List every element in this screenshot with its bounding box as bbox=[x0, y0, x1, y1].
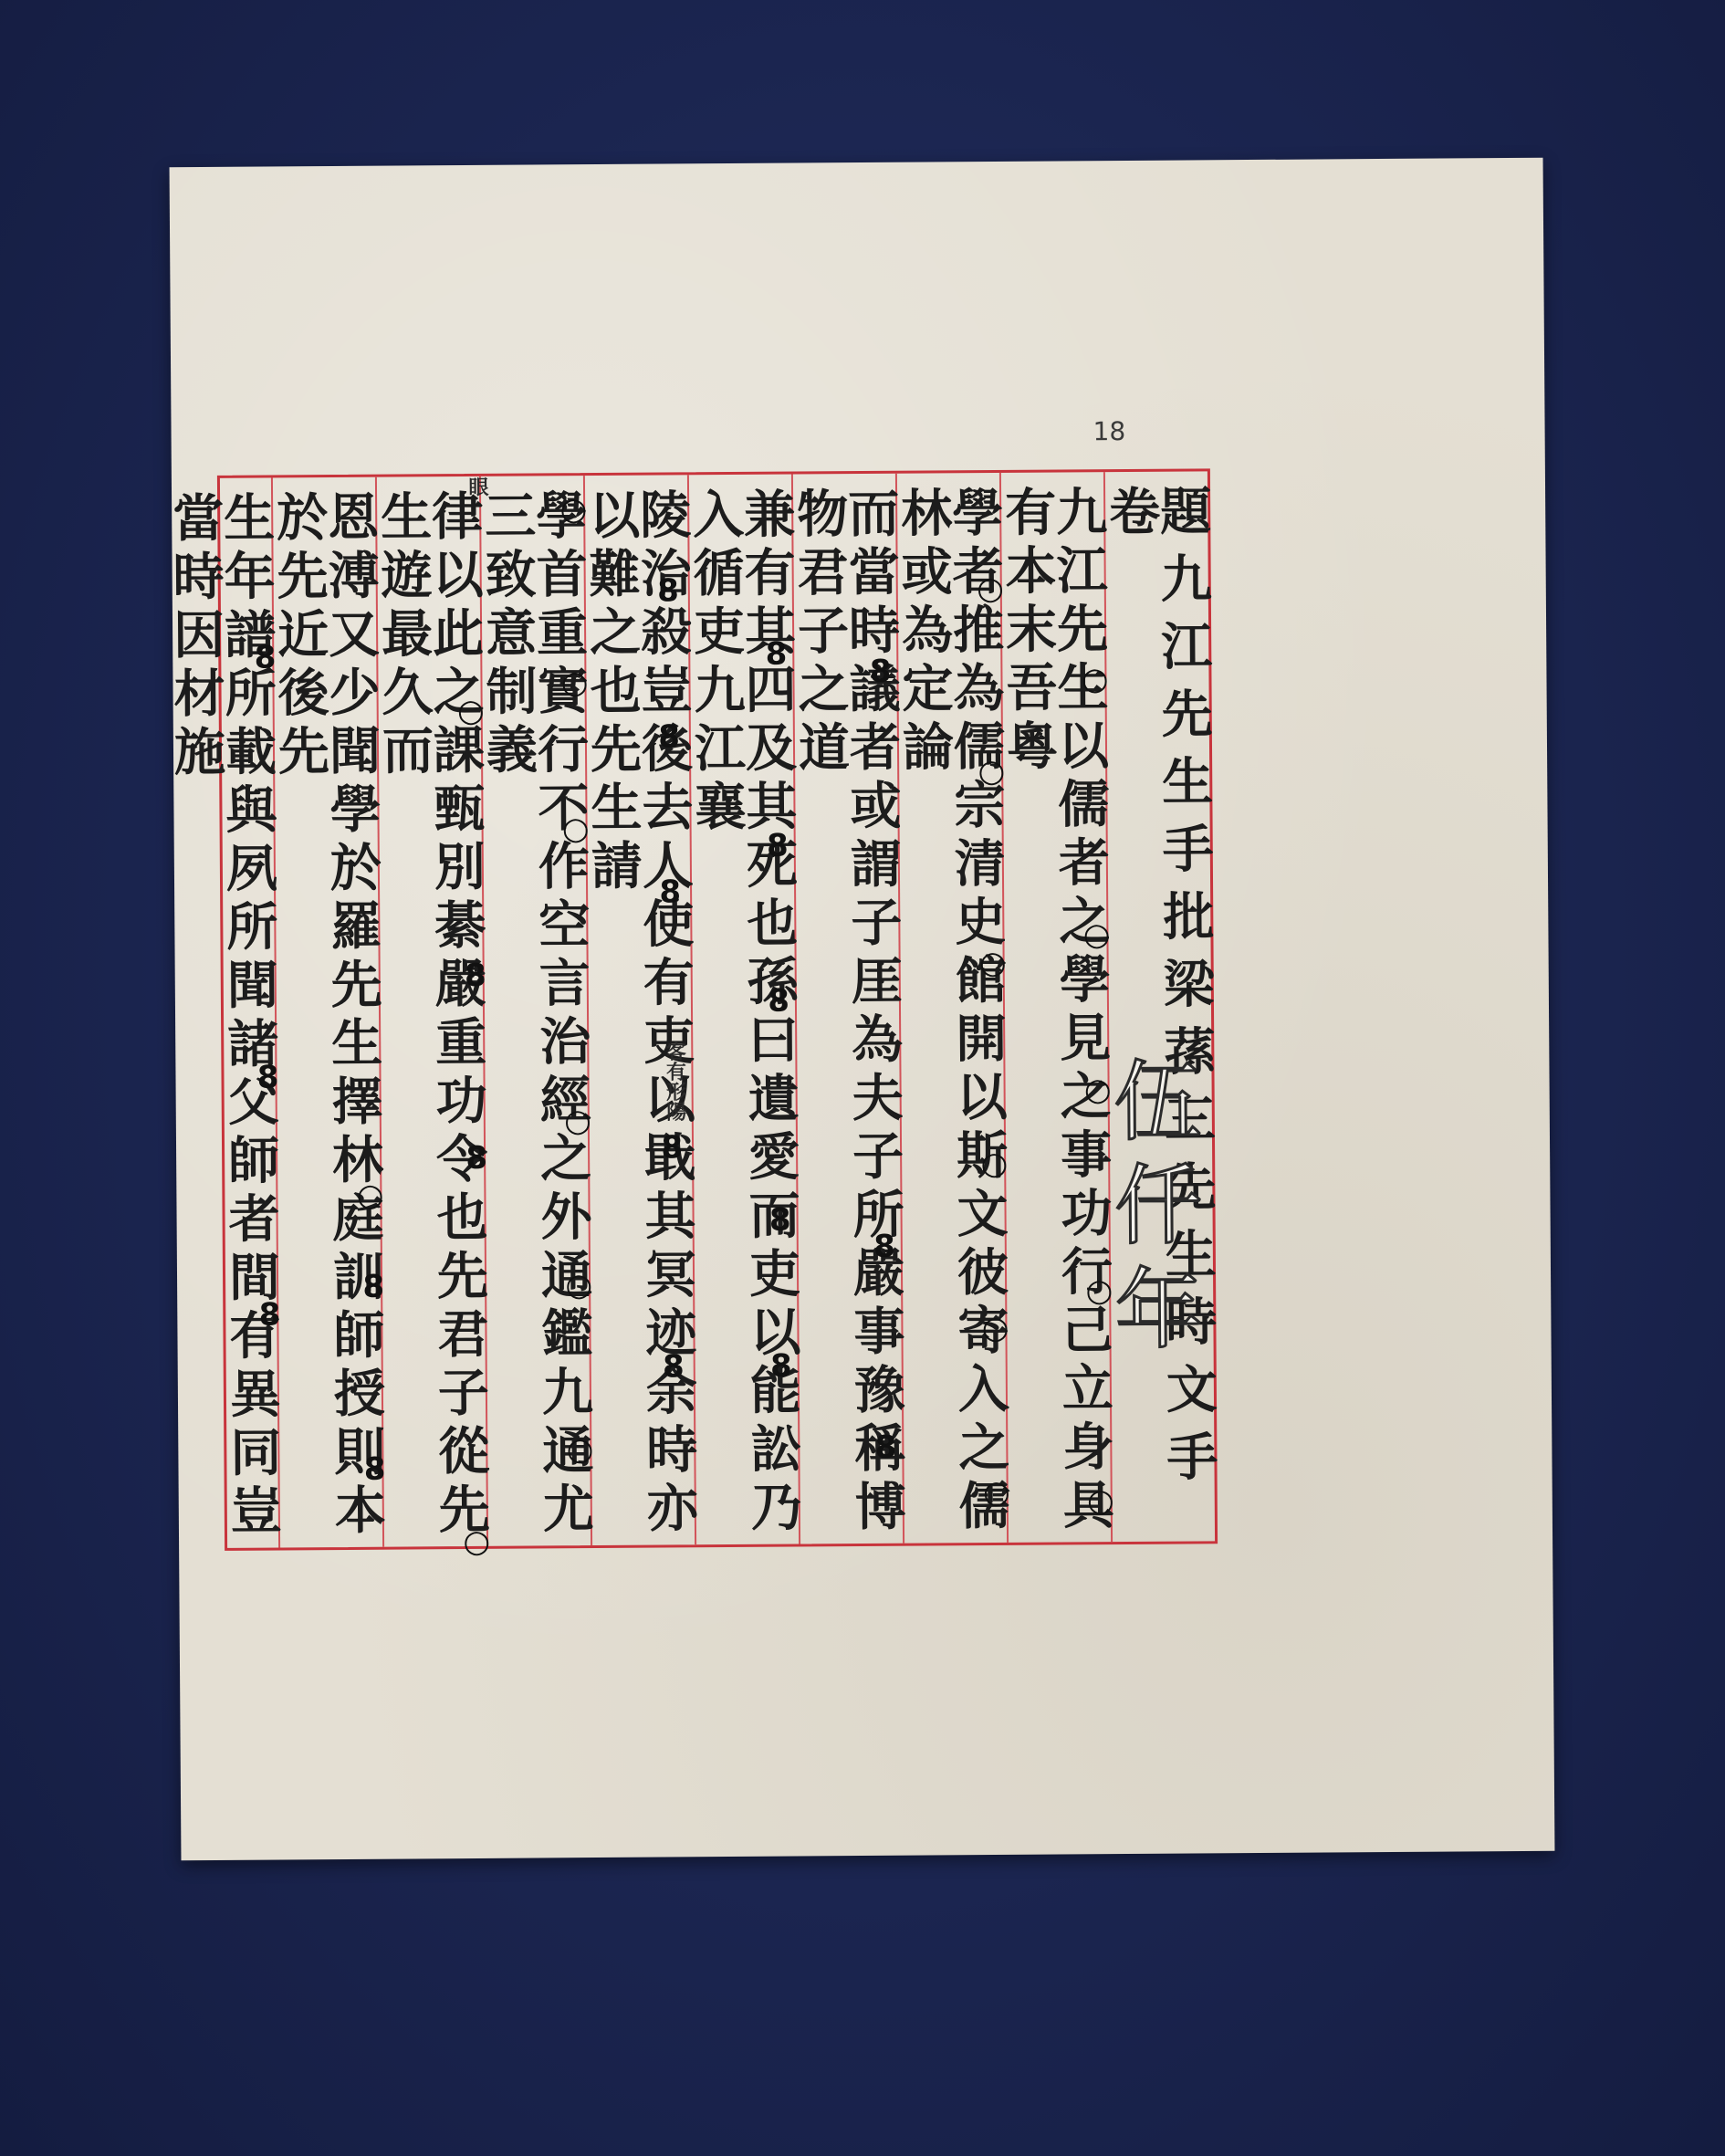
title-text: 題九江先生手批梁蓀三先生時文手卷 bbox=[1105, 484, 1215, 1542]
double-circle-mark: 8 bbox=[465, 1143, 487, 1174]
circle-mark: ○ bbox=[980, 1148, 1008, 1179]
column-text: 而當時議者或謂子厓為夫子所嚴事豫稱博物君子之道 bbox=[793, 487, 903, 1544]
circle-mark: ○ bbox=[1083, 919, 1111, 950]
double-circle-mark: 8 bbox=[465, 960, 486, 991]
column-text: 恩溥又少聞學於羅先生擇林庭訓師授則本於先近後先 bbox=[273, 490, 382, 1548]
double-circle-mark: 8 bbox=[255, 642, 277, 673]
manuscript-page: 18 題九江先生手批梁蓀三先生時文手卷 九江先生以儒者之學見之事功行己立身具有本… bbox=[170, 158, 1555, 1860]
double-circle-mark: 8 bbox=[661, 1132, 683, 1163]
double-circle-mark: 8 bbox=[659, 876, 681, 907]
double-circle-mark: 8 bbox=[765, 639, 787, 670]
double-circle-mark: 8 bbox=[663, 1351, 685, 1382]
circle-mark: ○ bbox=[565, 1270, 592, 1301]
circle-mark: ○ bbox=[1087, 1485, 1114, 1516]
circle-mark: ○ bbox=[564, 1105, 591, 1136]
column-3: 學者推為儒宗清史館開以斯文彼寄入之儒林或為定論 ○ ○ ○ ○ ○ ○ bbox=[895, 473, 1007, 1544]
double-circle-mark: 8 bbox=[870, 656, 892, 687]
column-10: 生年譜所載與夙所聞諸父師者間有異同豈當時因材施 8 8 8 bbox=[169, 478, 278, 1549]
column-text: 律以此之課甄別綦嚴重功令也先君子從先生遊最久而 bbox=[377, 489, 486, 1547]
column-5: 兼有其四及其死也孫曰遺愛而吏以能訟乃入循吏九江襄 8 8 8 8 8 bbox=[687, 475, 799, 1545]
circle-mark: ○ bbox=[983, 1477, 1010, 1508]
column-text: 九江先生以儒者之學見之事功行己立身具有本末吾粵 bbox=[1001, 485, 1111, 1543]
circle-mark: ○ bbox=[559, 494, 587, 525]
ruled-grid: 題九江先生手批梁蓀三先生時文手卷 九江先生以儒者之學見之事功行己立身具有本末吾粵… bbox=[217, 468, 1218, 1551]
double-circle-mark: 8 bbox=[657, 575, 679, 606]
column-text: 學者推為儒宗清史館開以斯文彼寄入之儒林或為定論 bbox=[897, 486, 1007, 1544]
page-number: 18 bbox=[1092, 416, 1125, 446]
column-4: 而當時議者或謂子厓為夫子所嚴事豫稱博物君子之道 8 8 8 bbox=[791, 474, 903, 1544]
double-circle-mark: 8 bbox=[769, 1205, 791, 1236]
column-title: 題九江先生手批梁蓀三先生時文手卷 bbox=[1103, 471, 1215, 1542]
column-7: 學首重實行不作空言治經之外通鑑九通尤三致意制義 ○ ○ ○ ○ ○ ○ bbox=[479, 476, 591, 1546]
circle-mark: ○ bbox=[567, 1434, 594, 1465]
circle-mark: ○ bbox=[977, 573, 1004, 604]
double-circle-mark: 8 bbox=[770, 1351, 792, 1382]
circle-mark: ○ bbox=[979, 947, 1007, 979]
circle-mark: ○ bbox=[457, 696, 485, 727]
column-text: 陵治殺豈後去人使有吏以戢其冥迹余時亦以難之也先生請 bbox=[585, 487, 695, 1545]
column-9: 恩溥又少聞學於羅先生擇林庭訓師授則本於先近後先 ○ 8 8 bbox=[271, 477, 382, 1548]
price-label: 伍仟年 bbox=[1088, 1054, 1215, 1367]
circle-mark: ○ bbox=[357, 1180, 384, 1211]
double-circle-mark: 8 bbox=[768, 986, 789, 1017]
double-circle-mark: 8 bbox=[658, 721, 680, 752]
circle-mark: ○ bbox=[982, 1313, 1009, 1344]
circle-mark: ○ bbox=[463, 1526, 490, 1557]
double-circle-mark: 8 bbox=[873, 1231, 895, 1262]
double-circle-mark: 8 bbox=[875, 1432, 897, 1463]
column-6: 陵治殺豈後去人使有吏以戢其冥迹余時亦以難之也先生請 客有形陽 8 8 8 8 8 bbox=[583, 475, 695, 1545]
double-circle-mark: 8 bbox=[362, 1272, 384, 1303]
column-2: 九江先生以儒者之學見之事功行己立身具有本末吾粵 ○ ○ ○ ○ ○ bbox=[999, 472, 1111, 1543]
side-annotation: 客有形陽 bbox=[661, 1041, 690, 1121]
double-circle-mark: 8 bbox=[364, 1454, 386, 1485]
side-annotation: 眼 bbox=[464, 476, 492, 497]
double-circle-mark: 8 bbox=[259, 1299, 281, 1330]
circle-mark: ○ bbox=[562, 813, 590, 844]
double-circle-mark: 8 bbox=[257, 1062, 279, 1093]
column-text: 學首重實行不作空言治經之外通鑑九通尤三致意制義 bbox=[481, 488, 591, 1546]
double-circle-mark: 8 bbox=[767, 831, 789, 862]
circle-mark: ○ bbox=[561, 667, 589, 698]
column-8: 律以此之課甄別綦嚴重功令也先君子從先生遊最久而 眼 ○ 8 8 ○ bbox=[375, 476, 486, 1547]
circle-mark: ○ bbox=[977, 756, 1005, 787]
circle-mark: ○ bbox=[1082, 664, 1109, 695]
